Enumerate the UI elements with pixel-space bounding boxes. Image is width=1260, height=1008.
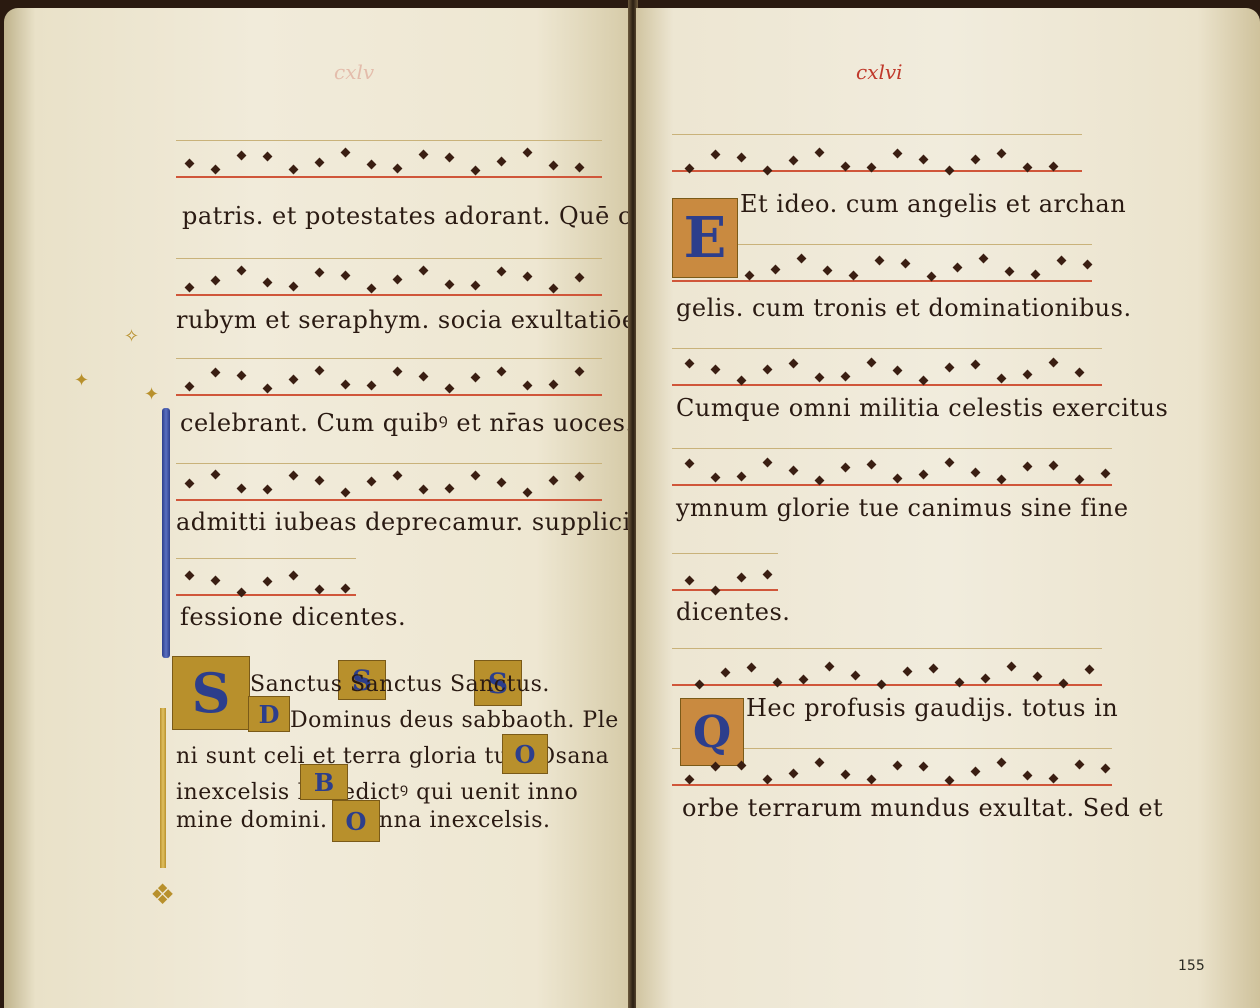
folio-ghost: cxlv (334, 60, 374, 84)
decorative-border-bar (160, 708, 166, 868)
flourish-icon: ✦ (144, 384, 159, 405)
page-number: 155 (1178, 958, 1205, 974)
music-staff (672, 553, 778, 591)
chant-text-line: celebrant. Cum quibꝰ et nr̄as uoces. ut (180, 406, 668, 439)
chant-text-line: Cumque omni militia celestis exercitus (676, 394, 1168, 422)
flourish-icon: ✧ (124, 326, 139, 347)
illuminated-initial-d: D (248, 696, 290, 732)
chant-text-line: Hec profusis gaudijs. totus in (746, 694, 1118, 722)
flourish-icon: ❖ (150, 878, 175, 911)
flourish-icon: ✦ (74, 370, 89, 391)
illuminated-initial-b: B (300, 764, 348, 800)
decorative-border-bar (162, 408, 170, 658)
folio-number: cxlvi (856, 60, 903, 84)
chant-text-line: gelis. cum tronis et dominationibus. (676, 294, 1132, 322)
chant-text-line: rubym et seraphym. socia exultatiōe cō (176, 306, 674, 334)
chant-text-line: dicentes. (676, 598, 790, 626)
left-page: cxlv patris. et potestates adorant. Quē … (4, 8, 630, 1008)
music-staff (672, 134, 1082, 172)
sanctus-line: Dominus deus sabbaoth. Ple (290, 708, 619, 733)
music-staff (672, 448, 1112, 486)
illuminated-initial-o: O (502, 734, 548, 774)
music-staff (176, 258, 602, 296)
illuminated-initial-q: Q (680, 698, 744, 766)
illuminated-initial-o: O (332, 800, 380, 842)
chant-text-line: admitti iubeas deprecamur. supplici cō (176, 508, 668, 536)
sanctus-line: Sanctus Sanctus Sanctus. (250, 672, 550, 697)
chant-text-line: fessione dicentes. (180, 603, 406, 631)
illuminated-initial-e: E (672, 198, 738, 278)
chant-text-line: ymnum glorie tue canimus sine fine (676, 494, 1129, 522)
chant-text-line: Et ideo. cum angelis et archan (740, 190, 1126, 218)
right-page: cxlvi E Et ideo. cum angelis et archan g… (636, 8, 1260, 1008)
chant-text-line: orbe terrarum mundus exultat. Sed et (682, 794, 1163, 822)
chant-text-line: patris. et potestates adorant. Quē che (182, 202, 663, 230)
music-staff (176, 463, 602, 501)
illuminated-initial-s: S (172, 656, 250, 730)
